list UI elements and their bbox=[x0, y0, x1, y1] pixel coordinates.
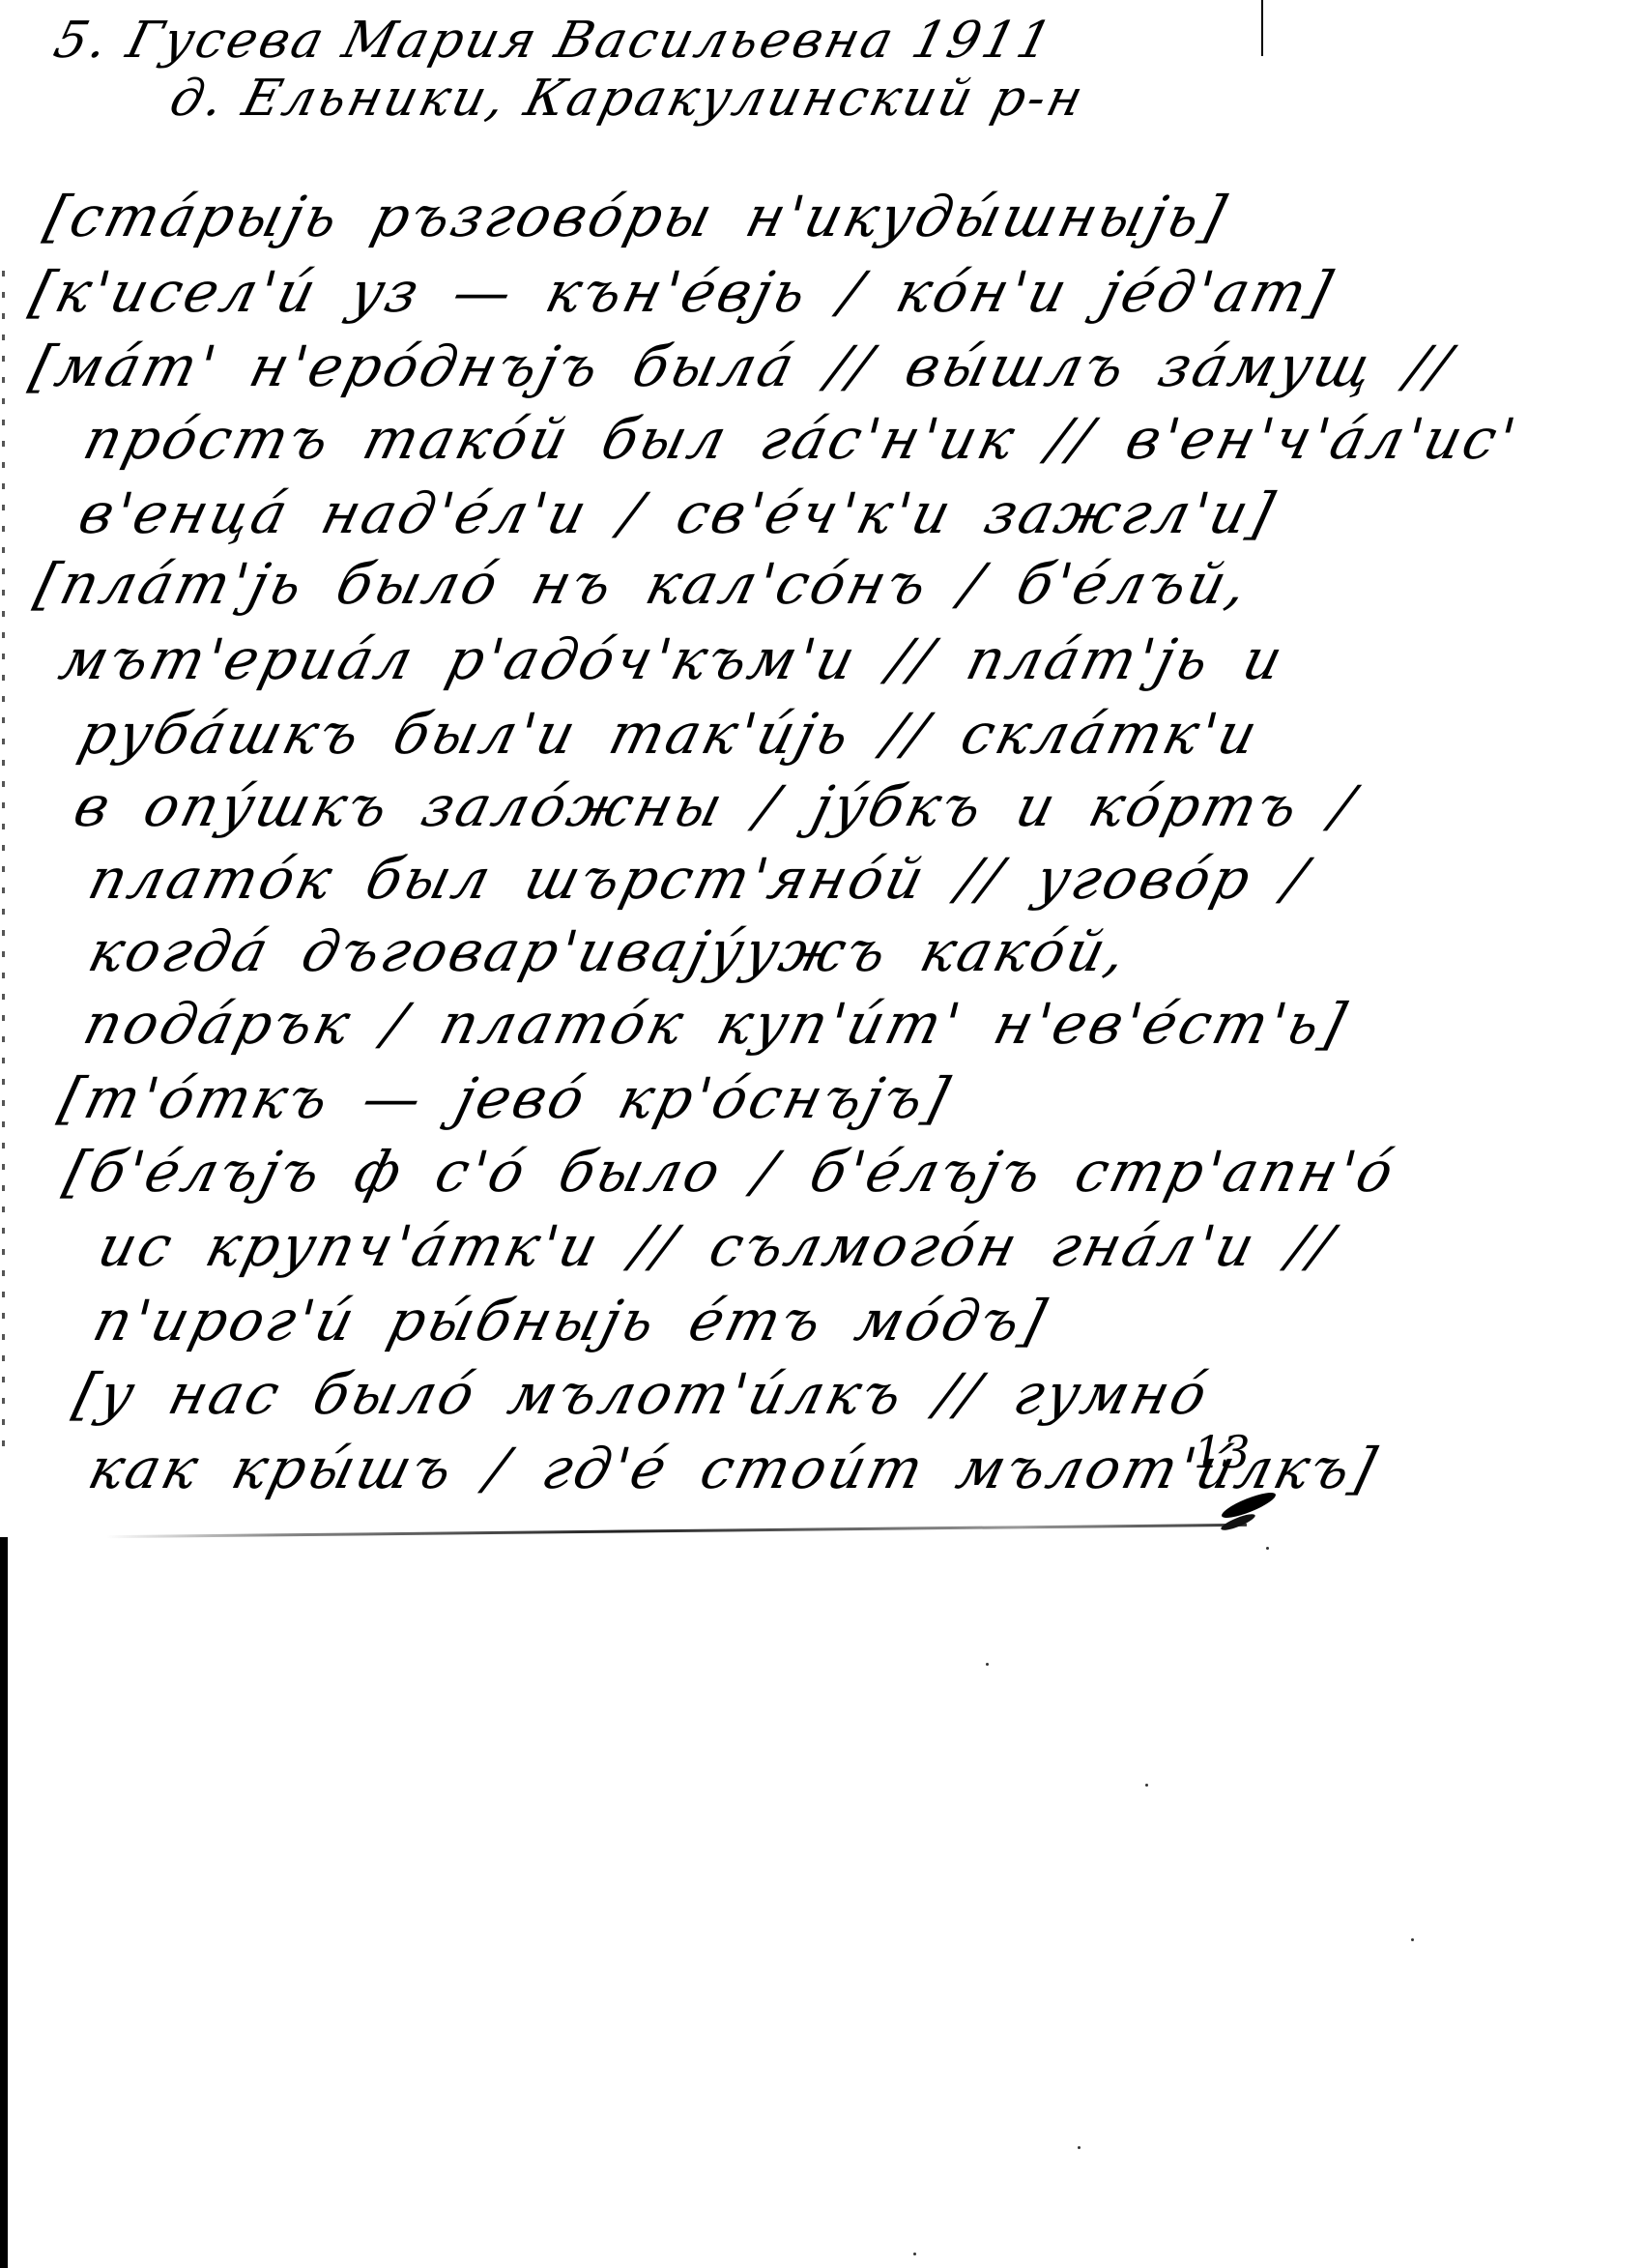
transcript-line: [у нас было́ мълот'и́лкъ // гумно́ bbox=[68, 1361, 1217, 1427]
transcript-line: ис крупч'а́тк'и // сълмого́н гна́л'и // bbox=[92, 1213, 1341, 1279]
transcript-line: в опу́шкъ зало́жны / ју́бкъ и ко́ртъ / bbox=[68, 773, 1363, 839]
transcript-line: [к'исел'и́ уз — кън'е́вјь / ко́н'и је́д'… bbox=[24, 259, 1340, 325]
transcript-line: пода́рък / плато́к куп'и́т' н'ев'е́ст'ь] bbox=[77, 991, 1355, 1057]
scan-speck bbox=[1266, 1547, 1269, 1550]
transcript-line: руба́шкъ был'и так'и́јь // скла́тк'и bbox=[72, 701, 1266, 767]
transcript-line: [б'е́лъјъ ф с'о́ было / б'е́лъјъ стр'апн… bbox=[58, 1139, 1402, 1205]
transcript-line: [ста́рыјь ръзгово́ры н'икуды́шныјь] bbox=[39, 184, 1235, 249]
scan-speck bbox=[1145, 1784, 1148, 1787]
transcript-line: [пла́т'јь было́ нъ кал'со́нъ / б'е́лъй, bbox=[29, 551, 1256, 617]
transcript-line: мът'ериа́л р'адо́ч'към'и // пла́т'јь и bbox=[53, 626, 1292, 692]
scan-speck bbox=[913, 2253, 916, 2255]
margin-tick-mark bbox=[1261, 0, 1263, 56]
document-page: 5. Гусева Мария Васильевна 1911 д. Ельни… bbox=[0, 0, 1643, 2268]
informant-location-line: д. Ельники, Каракулинский р-н bbox=[164, 70, 1091, 128]
scan-speck bbox=[986, 1663, 989, 1666]
transcript-line: как кры́шъ / гд'е́ стои́т мълот'и́лкъ] bbox=[82, 1436, 1385, 1501]
transcript-line: когда́ дъговар'ивају́ужъ како́й, bbox=[82, 918, 1136, 984]
scan-speck bbox=[1078, 2146, 1081, 2149]
transcript-line: в'енца́ над'е́л'и / св'е́ч'к'и зажгл'и] bbox=[72, 480, 1283, 546]
transcript-line: [ма́т' н'еро́днъјъ была́ // вы́шлъ за́му… bbox=[24, 334, 1459, 399]
scan-edge-bar bbox=[0, 1537, 8, 2268]
transcript-line: плато́к был шърст'яно́й // угово́р / bbox=[82, 846, 1315, 912]
transcript-line: про́стъ тако́й был га́с'н'ик // в'ен'ч'а… bbox=[77, 406, 1525, 472]
scan-speck bbox=[1411, 1938, 1414, 1941]
transcript-line: [т'о́ткъ — јево́ кр'о́снъјъ] bbox=[53, 1065, 958, 1131]
page-number: 13 bbox=[1194, 1426, 1251, 1478]
transcript-line: п'ирог'и́ ры́бныјь е́тъ мо́дъ] bbox=[87, 1288, 1054, 1353]
informant-name-line: 5. Гусева Мария Васильевна 1911 bbox=[48, 12, 1060, 70]
scan-margin-edge bbox=[2, 271, 5, 1450]
ink-rule-line bbox=[106, 1524, 1247, 1538]
